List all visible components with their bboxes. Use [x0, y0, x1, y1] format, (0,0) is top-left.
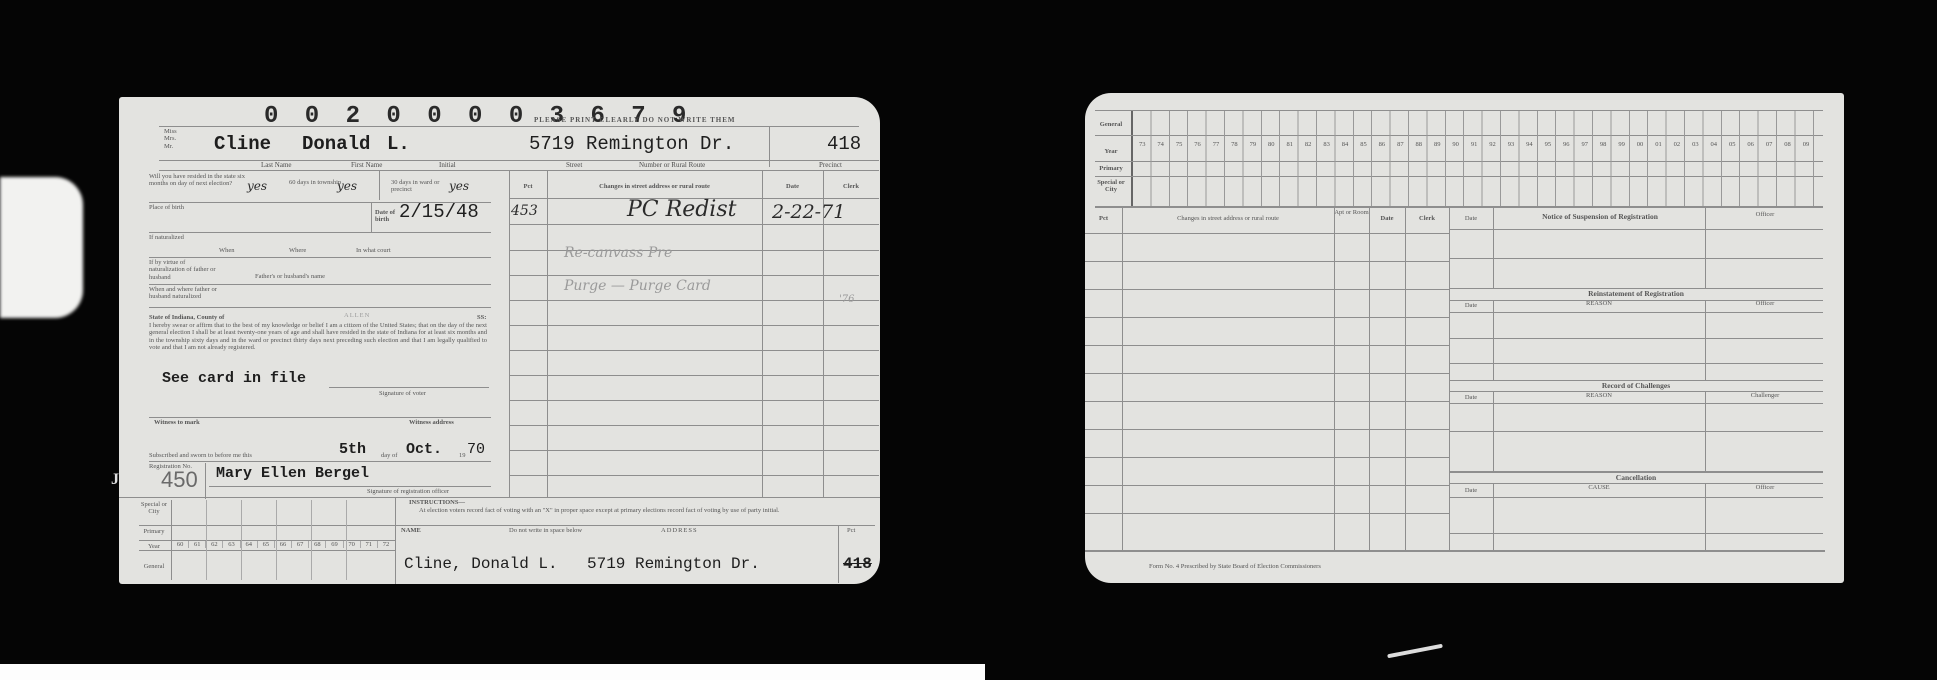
instructions-text: At election voters record fact of voting…: [419, 507, 859, 514]
instructions-title: INSTRUCTIONS—: [409, 499, 465, 506]
change-row-clerk: '76: [839, 294, 854, 305]
township-answer: yes: [337, 179, 357, 193]
reinstatement-date-label: Date: [1449, 302, 1493, 309]
scan-edge-strip: [0, 664, 985, 680]
street-label: Street: [566, 161, 582, 169]
precinct-label: Precinct: [819, 161, 842, 169]
date-header: Date: [1369, 215, 1405, 222]
voter-signature-label: Signature of voter: [379, 390, 426, 397]
margin-mark: J: [111, 471, 119, 489]
vote-grid-primary-label: Primary: [139, 528, 169, 535]
suspension-title: Notice of Suspension of Registration: [1495, 213, 1705, 222]
scan-glare-artifact: [0, 177, 83, 318]
voter-signature: See card in file: [162, 370, 306, 387]
last-name-value: Cline: [214, 133, 271, 155]
stub-pct-value: 418: [843, 555, 872, 573]
stub-address-value: 5719 Remington Dr.: [587, 555, 760, 573]
officer-signature-label: Signature of registration officer: [367, 488, 449, 495]
cancellation-officer-label: Officer: [1707, 484, 1823, 491]
subscribed-month: Oct.: [406, 441, 442, 458]
reinstatement-officer-label: Officer: [1707, 300, 1823, 307]
naturalized-when-label: When: [219, 247, 235, 254]
father-husband-name-label: Father's or husband's name: [255, 273, 325, 280]
date-of-birth-value: 2/15/48: [399, 201, 479, 223]
oath-text: I hereby swear or affirm that to the bes…: [149, 322, 487, 352]
change-row-text: Purge — Purge Card: [564, 278, 711, 294]
print-instruction: PLEASE PRINT CLEARLY DO NOT WRITE THEM: [534, 116, 736, 124]
state-residency-answer: yes: [247, 179, 267, 193]
registration-card-back: General Year Primary Special or City 73 …: [1085, 93, 1844, 583]
change-row-text: Re-canvass Pre: [564, 245, 672, 261]
cancellation-title: Cancellation: [1449, 474, 1823, 483]
father-husband-label: If by virtue of naturalization of father…: [149, 259, 219, 281]
street-address-value: 5719 Remington Dr.: [529, 133, 734, 155]
registration-number: 450: [161, 467, 198, 493]
date-of-birth-label: Date of birth: [375, 209, 401, 224]
naturalized-where-label: Where: [289, 247, 306, 254]
challenges-title: Record of Challenges: [1449, 382, 1823, 391]
place-of-birth-label: Place of birth: [149, 204, 189, 211]
stub-name-label: NAME: [401, 527, 421, 534]
salutation: Miss Mrs. Mr.: [164, 128, 177, 150]
stub-do-not-write: Do not write in space below: [509, 527, 582, 534]
scan-scratch-artifact: [1387, 644, 1443, 659]
witness-label: Witness to mark: [154, 419, 200, 426]
state-residency-question: Will you have resided in the state six m…: [149, 173, 249, 188]
stub-name-value: Cline, Donald L.: [404, 555, 558, 573]
registration-card-front: 0 0 2 0 0 0 0 3 6 7 9 PLEASE PRINT CLEAR…: [119, 97, 880, 584]
registration-officer-name: Mary Ellen Bergel: [216, 465, 369, 482]
suspension-date-label: Date: [1449, 215, 1493, 222]
reinstatement-reason-label: REASON: [1493, 300, 1705, 307]
cancellation-cause-label: CAUSE: [1493, 484, 1705, 491]
change-row-text: PC Redist: [627, 197, 736, 222]
cancellation-date-label: Date: [1449, 487, 1493, 494]
number-label: Number or Rural Route: [639, 161, 705, 169]
stub-pct-label: Pct: [847, 527, 855, 534]
suspension-officer-label: Officer: [1707, 211, 1823, 218]
stub-address-label: ADDRESS: [661, 527, 698, 534]
oath-state-line: State of Indiana, County of: [149, 314, 224, 321]
witness-address-label: Witness address: [409, 419, 454, 426]
change-row-date: 2-22-71: [772, 201, 845, 223]
precinct-value: 418: [827, 133, 861, 155]
first-name-value: Donald: [302, 133, 370, 155]
pct-header: Pct: [509, 183, 547, 190]
ward-answer: yes: [449, 179, 469, 193]
changes-header: Changes in street address or rural route: [547, 183, 762, 190]
reinstatement-title: Reinstatement of Registration: [1449, 290, 1823, 299]
pct-header: Pct: [1085, 215, 1122, 222]
oath-ss: SS:: [477, 314, 486, 321]
day-of-label: day of: [381, 452, 397, 459]
challenges-reason-label: REASON: [1493, 392, 1705, 399]
change-row-pct: 453: [511, 203, 538, 219]
oath-county: ALLEN: [344, 312, 370, 319]
vote-grid-general-label: General: [139, 563, 169, 570]
vote-grid-primary-label: Primary: [1091, 165, 1131, 172]
subscribed-label: Subscribed and sworn to before me this: [149, 452, 252, 459]
subscribed-day: 5th: [339, 441, 366, 458]
initial-label: Initial: [439, 161, 456, 169]
naturalized-court-label: In what court: [356, 247, 391, 254]
initial-value: L.: [387, 133, 410, 155]
vote-grid-lines: [1133, 111, 1815, 206]
challenges-date-label: Date: [1449, 394, 1493, 401]
subscribed-year: 70: [467, 441, 485, 458]
father-husband-naturalized-label: When and where father or husband natural…: [149, 286, 229, 301]
clerk-header: Clerk: [823, 183, 879, 190]
vote-grid-special-label: Special or City: [1091, 179, 1131, 194]
vote-grid-special-label: Special or City: [139, 501, 169, 516]
vote-grid-general-label: General: [1091, 121, 1131, 128]
apt-room-header: Apt or Room: [1334, 209, 1369, 216]
changes-header: Changes in street address or rural route: [1122, 215, 1334, 222]
clerk-header: Clerk: [1405, 215, 1449, 222]
vote-grid-year-label: Year: [1091, 148, 1131, 155]
form-footer: Form No. 4 Prescribed by State Board of …: [1149, 563, 1321, 570]
year-prefix: 19: [459, 452, 466, 459]
challenges-challenger-label: Challenger: [1707, 392, 1823, 399]
last-name-label: Last Name: [261, 161, 292, 169]
naturalized-label: If naturalized: [149, 234, 189, 241]
first-name-label: First Name: [351, 161, 382, 169]
date-header: Date: [762, 183, 823, 190]
